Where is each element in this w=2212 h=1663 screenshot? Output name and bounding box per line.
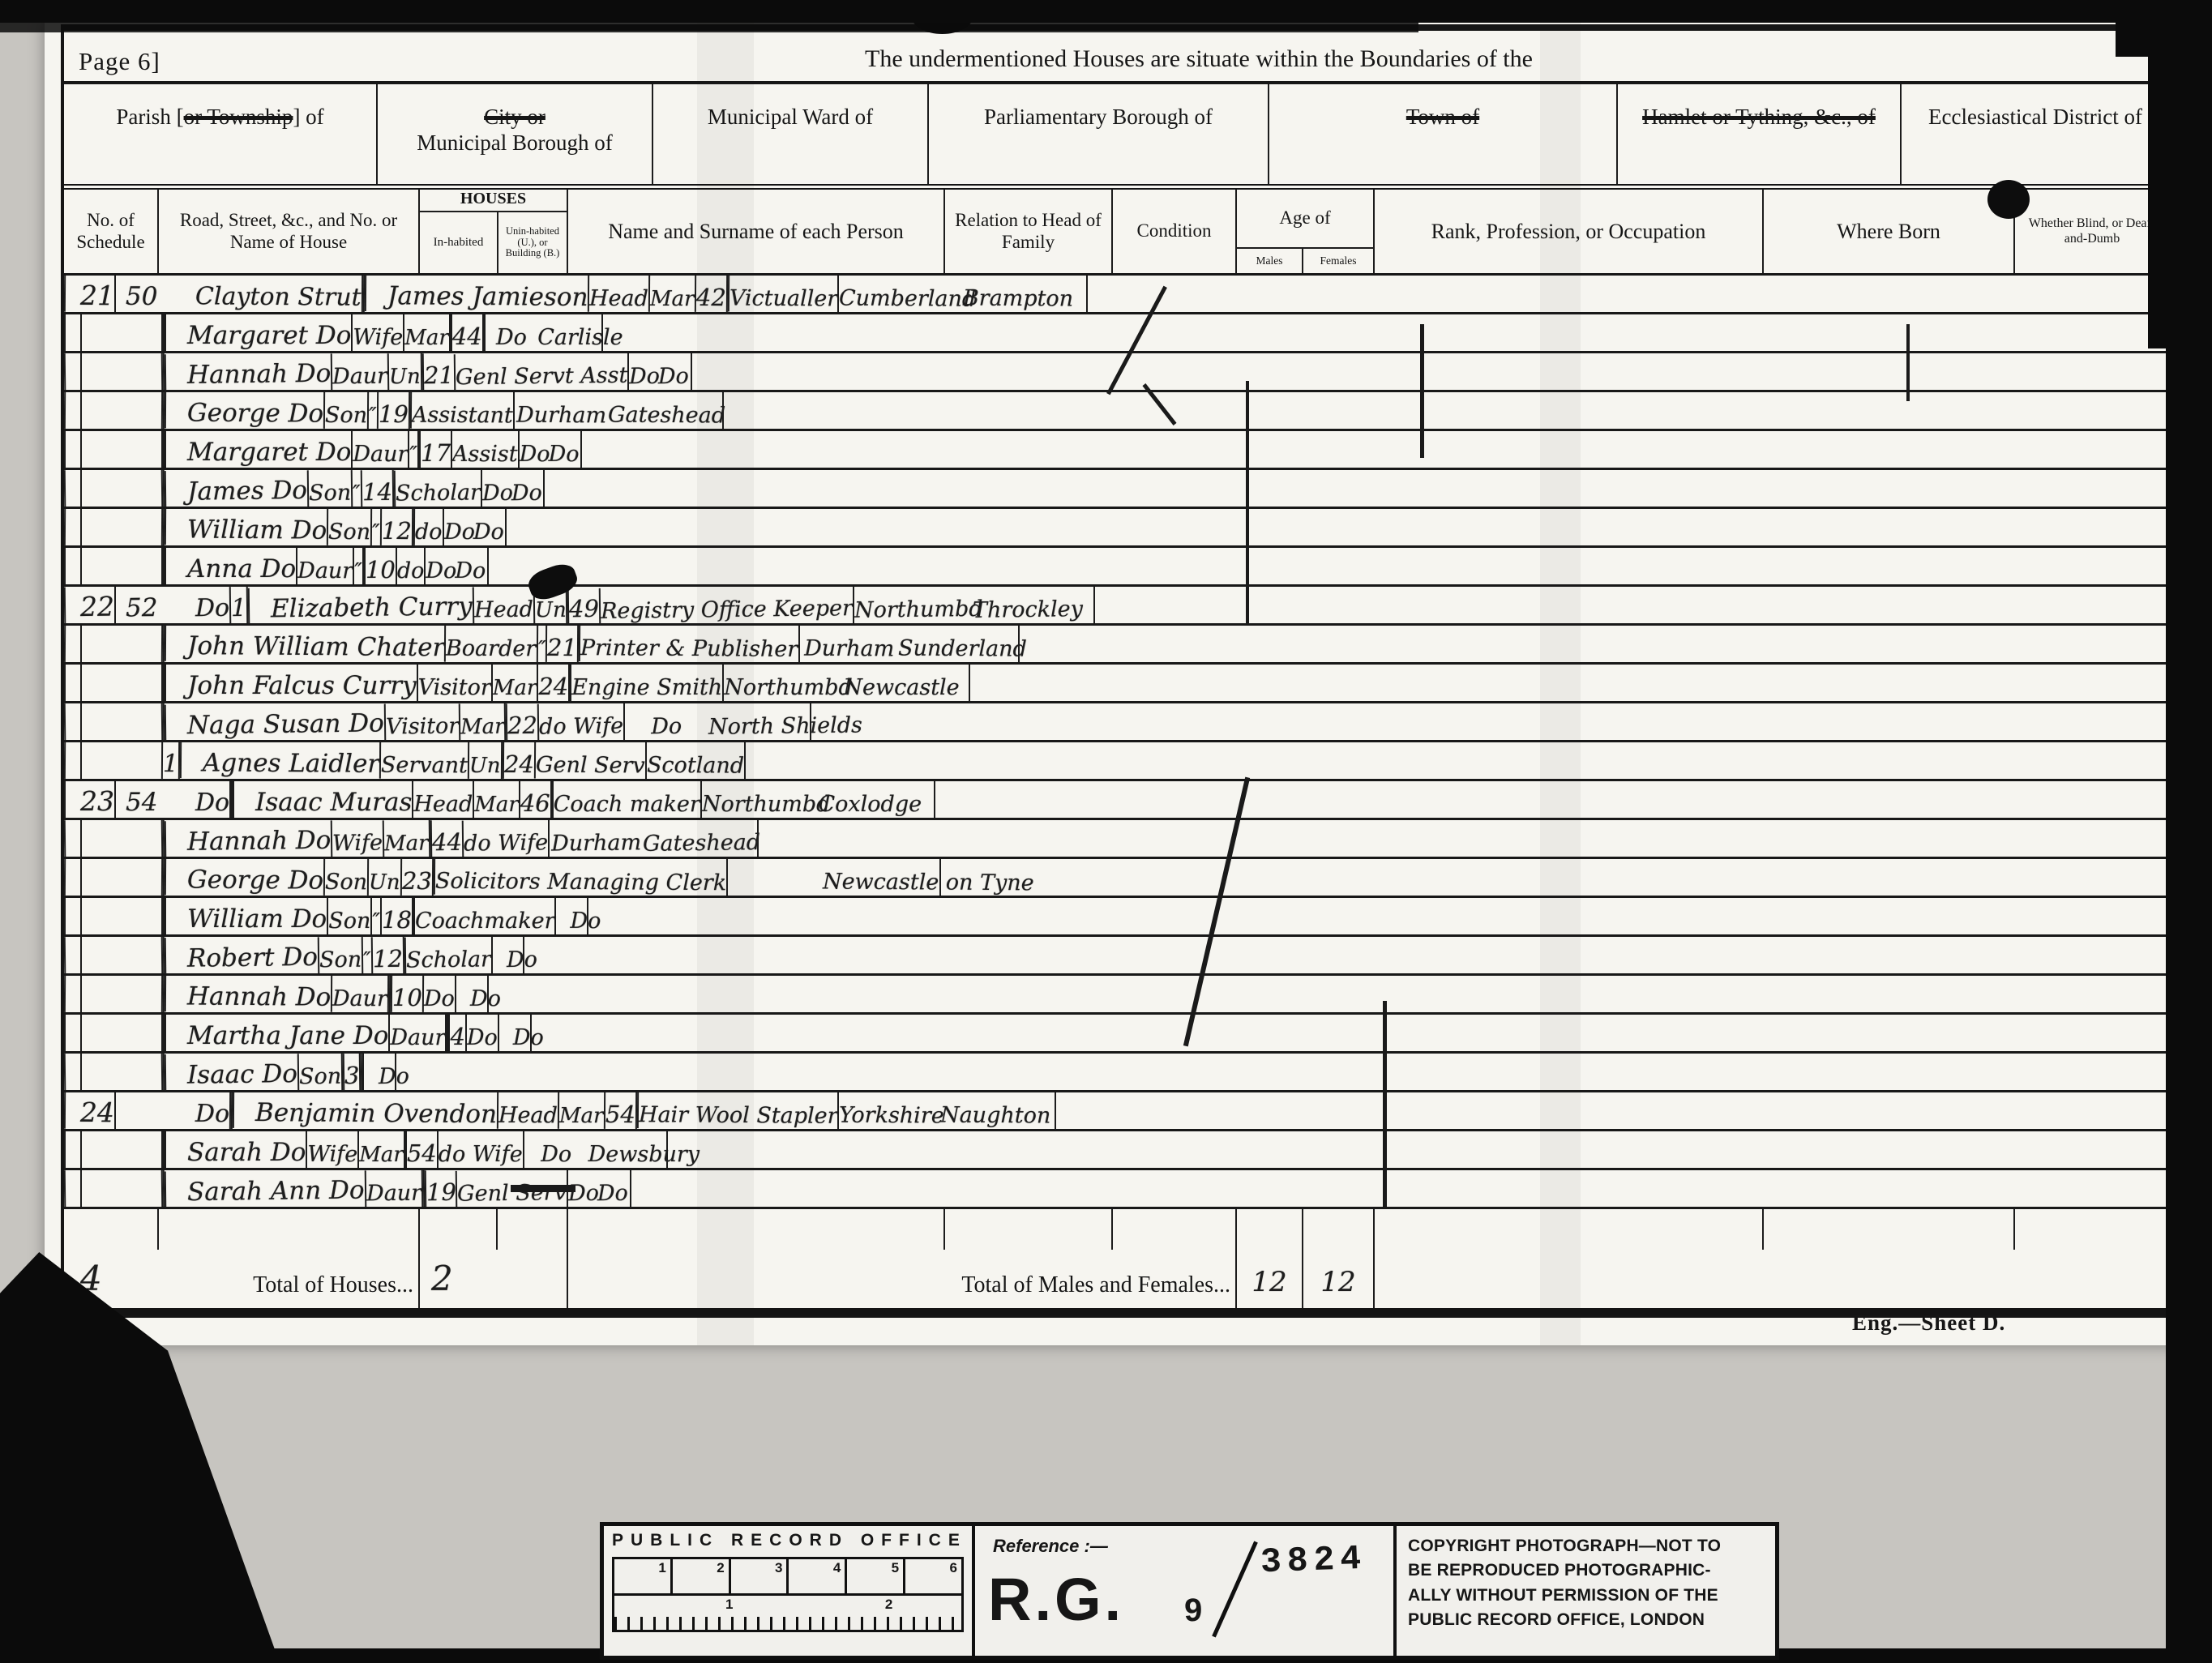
- birth-county: Do: [426, 558, 453, 584]
- age-female: 44: [430, 820, 461, 857]
- schedule-number: [64, 665, 80, 701]
- series-code: R.G.: [988, 1565, 1124, 1634]
- age-male: 18: [380, 898, 412, 934]
- street-name: Do: [195, 594, 230, 623]
- schedule-number: [64, 820, 81, 857]
- age-female: 21: [422, 353, 454, 390]
- birthplace-cell: Do: [455, 976, 487, 1012]
- ruler-number: 1: [614, 1559, 673, 1593]
- gap-cell: [418, 1209, 496, 1250]
- birth-county: Durham: [515, 403, 608, 429]
- birth-county: Yorkshire: [839, 1103, 936, 1129]
- person-name: Martha Jane Do: [165, 1015, 388, 1051]
- house-number: [92, 1205, 161, 1206]
- blind-deaf-cell: [543, 470, 699, 507]
- col-schedule: No. of Schedule: [64, 190, 157, 273]
- parish-label-struck: or Township: [184, 105, 293, 129]
- relation-to-head: Boarder: [444, 626, 537, 663]
- page-number-label: Page 6]: [79, 47, 160, 76]
- municipal-ward-label: Municipal Ward of: [708, 105, 873, 129]
- blind-deaf-cell: [630, 1170, 785, 1207]
- birthplace-cell: Do Carlisle: [484, 314, 601, 351]
- schedule-number: 23: [64, 781, 114, 818]
- relation-to-head: Visitor: [417, 665, 491, 701]
- occupation: Assist: [451, 431, 518, 468]
- relation-to-head: Son: [327, 898, 370, 934]
- birth-place: Throckley: [961, 596, 1093, 623]
- person-name: Anna Do: [165, 548, 296, 584]
- census-row: 1 Agnes Laidler Servant Un 24 Genl Serv …: [64, 742, 2169, 781]
- address-cell: [80, 859, 161, 896]
- col-males: Males: [1237, 249, 1303, 273]
- person-name: John Falcus Curry: [165, 665, 417, 701]
- address-cell: [80, 353, 161, 390]
- census-row: John William Chater Boarder ″ 21 Printer…: [64, 626, 2169, 665]
- city-or-struck: City or: [484, 105, 546, 129]
- census-row: William Do Son ″ 12 do Do Do: [64, 509, 2169, 548]
- birthplace-cell: Do: [554, 898, 587, 934]
- birthplace-cell: Durham Sunderland: [798, 626, 1019, 662]
- marital-condition: ″: [367, 392, 377, 429]
- schedule-number: [64, 353, 81, 390]
- schedule-number: [64, 314, 80, 351]
- relation-to-head: Head: [497, 1092, 558, 1130]
- age-female: 24: [503, 742, 534, 779]
- house-number: 54: [126, 788, 195, 817]
- birth-place: Do: [470, 986, 487, 1011]
- birth-place: North Shields: [708, 713, 811, 740]
- gap-cell: [1373, 1209, 1762, 1250]
- piece-number: 9: [1184, 1592, 1202, 1629]
- pen-stroke: [1383, 1001, 1387, 1208]
- census-row: William Do Son ″ 18 Coachmaker Do: [64, 898, 2169, 937]
- birth-place: Gateshead: [608, 403, 722, 429]
- birthplace-cell: Scotland: [645, 742, 744, 779]
- age-male: 42: [695, 276, 726, 312]
- inhabited-mark: 1: [229, 587, 247, 623]
- col-relation: Relation to Head of Family: [943, 190, 1111, 273]
- marital-condition: Mar: [383, 820, 429, 857]
- relation-to-head: Daur: [296, 548, 353, 584]
- blind-deaf-cell: [691, 353, 846, 390]
- birth-county: Do: [524, 1142, 588, 1167]
- birth-county: Northumbd: [702, 792, 807, 817]
- pro-ruler-section: PUBLIC RECORD OFFICE 1 2 3 4 5 6 1 2: [604, 1526, 975, 1656]
- person-name: George Do: [165, 391, 323, 429]
- occupation: Hair Wool Stapler: [636, 1092, 837, 1130]
- street-name: Do: [195, 789, 229, 817]
- address-cell: 52 Do: [114, 587, 229, 623]
- gap-cell: [496, 1209, 567, 1250]
- house-number: [92, 738, 161, 739]
- scan-edge-right-upper: [2148, 57, 2212, 348]
- schedule-number: 22: [64, 587, 115, 624]
- ecclesiastical-district-label: Ecclesiastical District of: [1928, 105, 2142, 129]
- census-row: Margaret Do Wife Mar 44 Do Carlisle: [64, 314, 2169, 353]
- total-houses-value: 2: [418, 1250, 567, 1308]
- marital-condition: Un: [387, 353, 421, 390]
- birth-place: Do: [513, 1025, 530, 1050]
- birthplace-cell: Do: [362, 1054, 395, 1090]
- occupation: do Wife: [461, 819, 548, 857]
- person-name: Sarah Ann Do: [165, 1169, 365, 1208]
- reference-label: Reference :—: [993, 1536, 1108, 1557]
- occupation: do Wife: [437, 1131, 523, 1168]
- relation-to-head: Daur: [331, 353, 388, 391]
- census-row: Hannah Do Wife Mar 44 do Wife Durham Gat…: [64, 820, 2169, 859]
- scan-edge-top: [0, 0, 2212, 23]
- blind-deaf-cell: [505, 509, 661, 545]
- marital-condition: Un: [468, 742, 501, 779]
- person-name: Hannah Do: [165, 975, 332, 1012]
- occupation: Engine Smith: [570, 665, 722, 701]
- hamlet-struck: Hamlet or Tything, &c., of: [1642, 105, 1876, 129]
- inhabited-mark: 1: [161, 742, 178, 779]
- column-headers: No. of Schedule Road, Street, &c., and N…: [64, 190, 2169, 276]
- copyright-line: ALLY WITHOUT PERMISSION OF THE: [1408, 1584, 1770, 1608]
- address-cell: [80, 665, 161, 701]
- occupation: Coach maker: [552, 781, 700, 818]
- occupation: Printer & Publisher: [579, 625, 798, 663]
- occupation: Genl Serv: [534, 742, 645, 780]
- total-males-females-label: Total of Males and Females...: [567, 1250, 1235, 1308]
- birthplace-cell: Yorkshire Naughton: [837, 1092, 1055, 1129]
- ruler-number: 3: [731, 1559, 789, 1593]
- occupation: do: [396, 548, 425, 584]
- census-row: Anna Do Daur ″ 10 do Do Do: [64, 548, 2169, 587]
- copyright-line: PUBLIC RECORD OFFICE, LONDON: [1408, 1608, 1770, 1632]
- occupation: Do: [465, 1015, 498, 1051]
- address-cell: [80, 820, 161, 857]
- street-name: Clayton Strut: [195, 282, 362, 311]
- page-title: The undermentioned Houses are situate wi…: [777, 45, 1620, 73]
- address-cell: [80, 626, 161, 662]
- relation-to-head: Head: [473, 587, 533, 624]
- house-number: [92, 661, 161, 662]
- birth-place: Do: [657, 364, 691, 390]
- birth-place: Do: [378, 1064, 395, 1089]
- relation-to-head: Son: [318, 937, 362, 974]
- col-inhabited: In-habited: [420, 212, 497, 273]
- relation-to-head: Son: [323, 859, 367, 896]
- relation-to-head: Daur: [388, 1015, 445, 1051]
- col-occupation: Rank, Profession, or Occupation: [1373, 190, 1762, 273]
- house-number: [92, 855, 161, 856]
- relation-to-head: Head: [588, 276, 648, 313]
- house-number: [92, 1088, 161, 1089]
- census-row: 21 50 Clayton Strut James Jamieson Head …: [64, 276, 2169, 314]
- age-female: 4: [448, 1015, 464, 1051]
- census-row: Robert Do Son ″ 12 Scholar Do: [64, 937, 2169, 976]
- relation-to-head: Head: [412, 781, 473, 818]
- blind-deaf-cell: [587, 898, 742, 934]
- person-name: Naga Susan Do: [165, 702, 384, 741]
- marital-condition: ″: [536, 626, 546, 662]
- birthplace-cell: Do Do: [424, 548, 487, 584]
- blind-deaf-cell: [601, 314, 757, 351]
- birthplace-cell: Do Do: [518, 431, 581, 468]
- ruler-number: 2: [673, 1559, 731, 1593]
- schedule-number: [64, 1054, 81, 1090]
- relation-to-head: Son: [323, 392, 367, 429]
- copyright-line: BE REPRODUCED PHOTOGRAPHIC-: [1408, 1558, 1770, 1583]
- age-female: 10: [391, 976, 422, 1012]
- person-name: Margaret Do: [165, 431, 351, 468]
- birthplace-cell: Do: [491, 937, 524, 973]
- col-name-label: Name and Surname of each Person: [608, 220, 904, 244]
- blind-deaf-cell: [580, 431, 736, 468]
- person-name: Margaret Do: [165, 314, 351, 351]
- person-name: Agnes Laidler: [180, 742, 380, 780]
- birthplace-cell: Cumberland Brampton: [837, 276, 1086, 312]
- birthplace-cell: Durham Gateshead: [548, 820, 757, 857]
- relation-to-head: Son: [297, 1054, 342, 1091]
- birth-place: Brampton: [950, 285, 1086, 311]
- schedule-number: [64, 509, 80, 545]
- schedule-number: [64, 1170, 81, 1207]
- houses-group-label: HOUSES: [420, 190, 567, 212]
- schedule-number: [64, 1131, 80, 1168]
- houses-subcolumns: In-habited Unin-habited (U.), or Buildin…: [420, 212, 567, 273]
- birthplace-cell: Newcastle on Tyne: [726, 859, 939, 896]
- birthplace-cell: Northumbd Newcastle: [722, 665, 969, 701]
- address-cell: [80, 509, 161, 545]
- gap-cell: [64, 1209, 157, 1250]
- birth-county: Do: [629, 364, 657, 389]
- relation-to-head: Servant: [379, 742, 468, 780]
- relation-to-head: Visitor: [383, 703, 459, 740]
- gap-row: [64, 1209, 2169, 1250]
- age-male: 21: [546, 626, 577, 662]
- blind-deaf-cell: [395, 1054, 550, 1090]
- census-rows: 21 50 Clayton Strut James Jamieson Head …: [64, 276, 2169, 1209]
- col-occupation-label: Rank, Profession, or Occupation: [1431, 220, 1706, 244]
- occupation: do: [413, 509, 443, 545]
- col-where-born-label: Where Born: [1837, 220, 1940, 244]
- census-row: John Falcus Curry Visitor Mar 24 Engine …: [64, 665, 2169, 703]
- marital-condition: Mar: [491, 665, 537, 701]
- schedule-number: 21: [64, 276, 114, 312]
- address-cell: 54 Do: [114, 781, 229, 818]
- person-name: William Do: [165, 508, 327, 545]
- schedule-number: [64, 898, 80, 934]
- birthplace-cell: Do Do: [627, 353, 691, 390]
- col-schedule-line2: Schedule: [76, 232, 144, 253]
- marital-condition: Mar: [558, 1092, 604, 1129]
- birth-county: Do: [443, 519, 471, 545]
- col-relation-label: Relation to Head of Family: [948, 210, 1108, 253]
- relation-to-head: Wife: [351, 314, 403, 351]
- house-number: [126, 1128, 195, 1129]
- birth-place: Gateshead: [643, 830, 757, 857]
- occupation: Registry Office Keeper: [599, 585, 853, 625]
- marital-condition: ″: [370, 509, 380, 545]
- col-name: Name and Surname of each Person: [567, 190, 943, 273]
- col-where-born: Where Born: [1762, 190, 2013, 273]
- census-row: 23 54 Do Isaac Muras Head Mar 46 Coach m…: [64, 781, 2169, 820]
- col-females: Females: [1303, 249, 1373, 273]
- birthplace-cell: Do Do: [443, 509, 506, 545]
- birthplace-cell: Do North Shields: [623, 703, 810, 740]
- address-cell: [80, 742, 161, 779]
- birthplace-cell: Northumbd Coxlodge: [700, 781, 934, 818]
- relation-to-head: Wife: [331, 820, 383, 857]
- birth-place: Do: [547, 442, 581, 467]
- col-houses-group: HOUSES In-habited Unin-habited (U.), or …: [418, 190, 567, 273]
- gap-cell: [157, 1209, 418, 1250]
- schedule-number: [64, 1015, 80, 1051]
- occupation: Assistant: [410, 392, 513, 430]
- relation-to-head: Son: [327, 509, 370, 545]
- blind-deaf-cell: [1055, 1092, 1210, 1129]
- age-female: 17: [419, 431, 451, 468]
- pro-stamp-box: PUBLIC RECORD OFFICE 1 2 3 4 5 6 1 2 Ref…: [600, 1522, 1779, 1660]
- age-male: 12: [370, 937, 402, 973]
- col-blind: Whether Blind, or Deaf-and-Dumb: [2013, 190, 2169, 273]
- ruler-number: 1: [725, 1597, 733, 1613]
- person-name: Robert Do: [165, 936, 318, 974]
- census-row: Isaac Do Son 3 Do: [64, 1054, 2169, 1092]
- relation-to-head: Daur: [351, 431, 408, 468]
- pen-stroke: [1420, 324, 1424, 458]
- address-cell: [80, 470, 161, 507]
- age-male: 23: [400, 859, 432, 896]
- person-name: John William Chater: [165, 625, 445, 663]
- occupation: Coachmaker: [413, 898, 554, 934]
- age-female: 19: [424, 1170, 456, 1207]
- pen-stroke: [1246, 381, 1249, 624]
- birth-county: Do: [486, 325, 537, 350]
- house-number: [92, 1011, 161, 1012]
- schedule-number: [64, 859, 80, 896]
- person-name: Isaac Do: [165, 1053, 297, 1091]
- stamped-number: 3824: [1260, 1539, 1367, 1583]
- birthplace-cell: Do: [498, 1015, 530, 1051]
- col-condition: Condition: [1111, 190, 1235, 273]
- blind-deaf-cell: [487, 976, 643, 1012]
- person-name: George Do: [165, 858, 323, 896]
- house-number: 52: [126, 592, 195, 622]
- ruler-centimetres: 1 2: [612, 1593, 964, 1632]
- age-male: 46: [519, 781, 550, 818]
- house-number: [92, 388, 161, 389]
- total-males-value: 12: [1235, 1250, 1302, 1308]
- age-subcolumns: Males Females: [1237, 247, 1373, 273]
- age-female: 44: [451, 314, 482, 351]
- house-number: 50: [126, 282, 195, 312]
- blind-deaf-cell: [722, 392, 878, 429]
- col-condition-label: Condition: [1136, 220, 1211, 242]
- census-row: Naga Susan Do Visitor Mar 22 do Wife Do …: [64, 703, 2169, 742]
- marital-condition: ″: [408, 431, 417, 468]
- birth-place: Dewsbury: [588, 1142, 666, 1167]
- census-row: Sarah Ann Do Daur 19 Genl Serv Do Do: [64, 1170, 2169, 1209]
- field-parish: Parish [or Township] of: [64, 84, 376, 184]
- municipal-borough-label: Municipal Borough of: [417, 130, 612, 155]
- age-male: 24: [537, 665, 568, 701]
- birthplace-cell: Do Do: [481, 470, 544, 507]
- occupation: Scholar: [393, 469, 480, 507]
- field-town: Town of: [1268, 84, 1616, 184]
- blind-deaf-cell: [1093, 587, 1249, 623]
- address-cell: [80, 1131, 161, 1168]
- address-cell: Do: [114, 1092, 229, 1129]
- schedule-number: [64, 703, 81, 740]
- schedule-number: [64, 470, 81, 507]
- blind-deaf-cell: [1018, 626, 1174, 662]
- gap-cell: [1111, 1209, 1235, 1250]
- birth-place: Naughton: [936, 1102, 1055, 1128]
- blind-deaf-cell: [744, 742, 900, 779]
- address-cell: [80, 976, 161, 1012]
- age-male: 14: [361, 470, 392, 507]
- schedule-number: [64, 937, 81, 973]
- birth-county: Northumbd: [854, 596, 962, 623]
- parliamentary-borough-label: Parliamentary Borough of: [984, 105, 1213, 129]
- birth-county: Durham: [799, 636, 898, 662]
- birth-place: Newcastle on Tyne: [823, 869, 939, 895]
- occupation: Do: [422, 976, 455, 1012]
- census-row: George Do Son ″ 19 Assistant Durham Gate…: [64, 392, 2169, 431]
- age-group-label: Age of: [1237, 190, 1373, 247]
- address-cell: [80, 314, 161, 351]
- blind-deaf-cell: [969, 665, 1124, 701]
- address-cell: [80, 1054, 161, 1090]
- birthplace-cell: Northumbd Throckley: [853, 587, 1093, 623]
- address-cell: [80, 937, 161, 973]
- blind-deaf-cell: [530, 1015, 686, 1051]
- pen-stroke: [1906, 324, 1910, 401]
- house-number: [92, 972, 161, 973]
- birth-place: Do: [506, 947, 523, 973]
- address-cell: [80, 392, 161, 429]
- ruler-number: 4: [789, 1559, 847, 1593]
- birth-county: Northumbd: [724, 675, 834, 700]
- address-cell: [80, 898, 161, 934]
- field-hamlet: Hamlet or Tything, &c., of: [1616, 84, 1900, 184]
- scanned-census-page: Page 6] The undermentioned Houses are si…: [0, 0, 2212, 1663]
- blind-deaf-cell: [939, 859, 1095, 896]
- schedule-number: [64, 742, 80, 779]
- title-row: Page 6] The undermentioned Houses are si…: [64, 31, 2169, 84]
- gap-cell: [567, 1209, 943, 1250]
- birth-place: Do: [454, 558, 488, 584]
- occupation: Solicitors Managing Clerk: [434, 858, 726, 897]
- col-road-label: Road, Street, &c., and No. or Name of Ho…: [162, 210, 415, 253]
- person-name: Hannah Do: [165, 353, 332, 391]
- age-male: 12: [380, 509, 412, 545]
- pro-reference-section: Reference :— R.G. 9 3824: [975, 1526, 1397, 1656]
- slash-mark: [1212, 1541, 1258, 1638]
- blind-deaf-cell: [934, 781, 1089, 818]
- field-parliamentary-borough: Parliamentary Borough of: [927, 84, 1268, 184]
- birthplace-cell: Durham Gateshead: [513, 392, 722, 429]
- marital-condition: Mar: [459, 703, 505, 741]
- person-name: James Jamieson: [365, 275, 588, 313]
- address-cell: 50 Clayton Strut: [114, 276, 362, 312]
- col-age-group: Age of Males Females: [1235, 190, 1373, 273]
- census-row: Margaret Do Daur ″ 17 Assist Do Do: [64, 431, 2169, 470]
- occupation: Genl Servt Asst: [454, 353, 628, 391]
- ruler-number: 2: [885, 1597, 892, 1613]
- relation-to-head: Wife: [306, 1131, 357, 1168]
- schedule-number: [64, 548, 80, 584]
- age-male: 3: [343, 1054, 360, 1090]
- marital-condition: Mar: [357, 1131, 404, 1168]
- marital-condition: Mar: [403, 314, 449, 351]
- blind-deaf-cell: [1086, 276, 1242, 312]
- person-name: Benjamin Ovendon: [233, 1092, 497, 1130]
